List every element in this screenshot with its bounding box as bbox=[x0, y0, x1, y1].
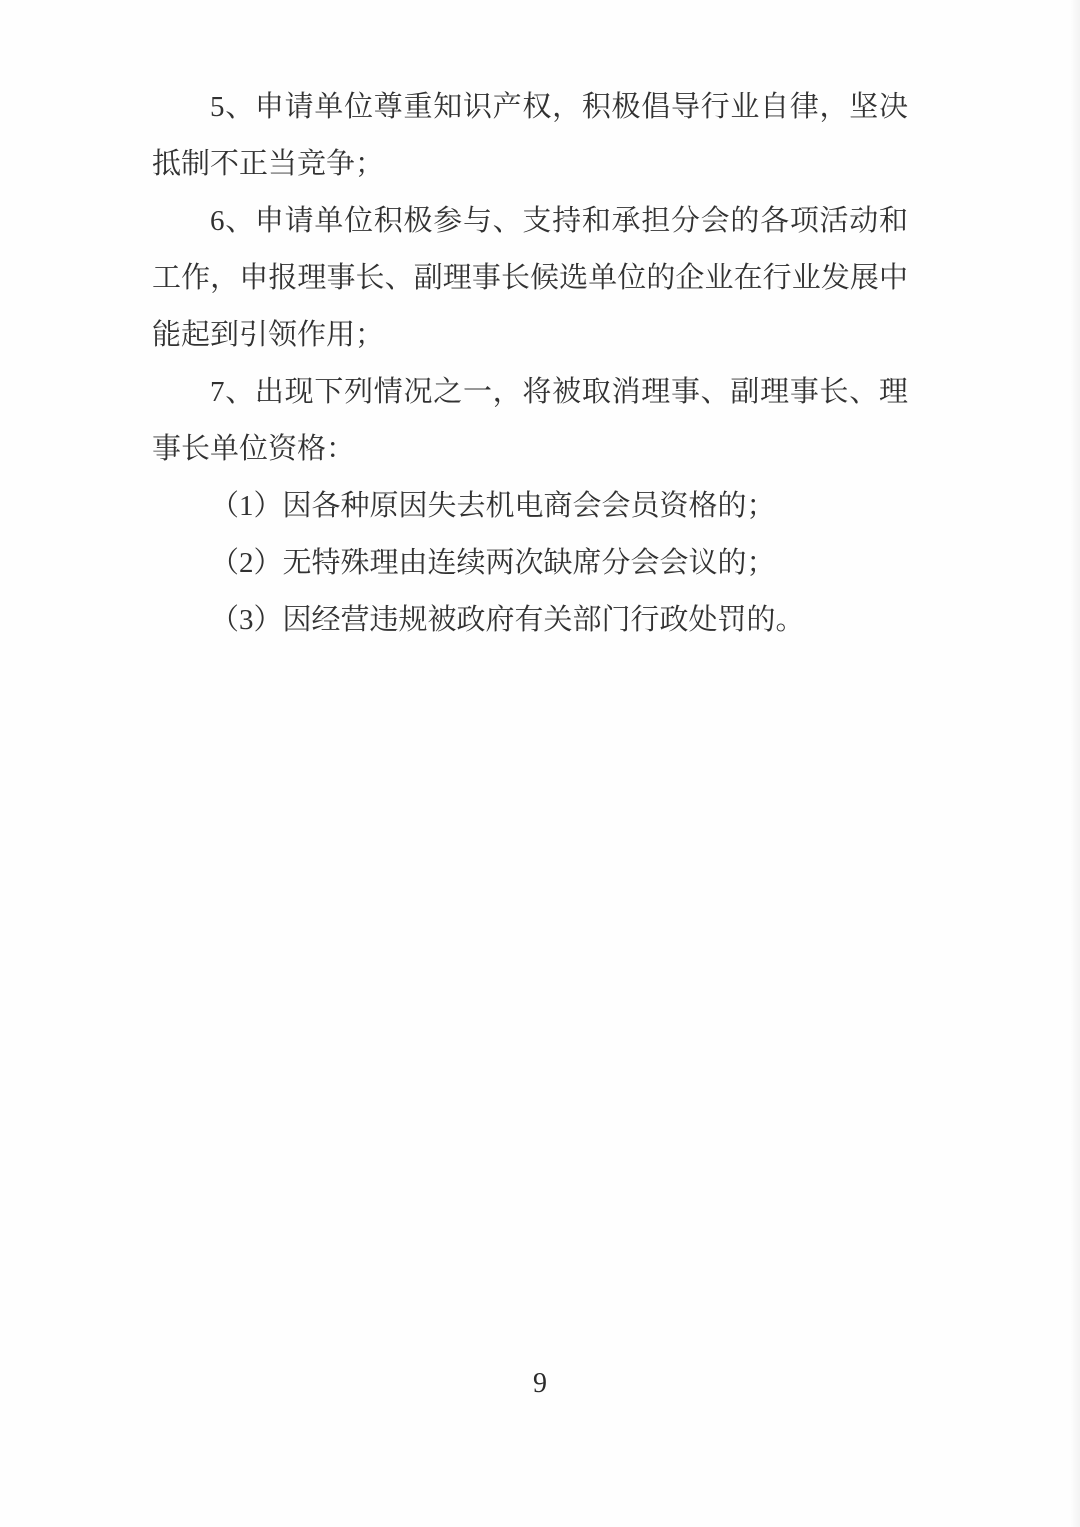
document-page: 5、申请单位尊重知识产权，积极倡导行业自律，坚决抵制不正当竞争； 6、申请单位积… bbox=[0, 0, 1080, 1527]
paragraph-clause-6: 6、申请单位积极参与、支持和承担分会的各项活动和工作，申报理事长、副理事长候选单… bbox=[152, 193, 908, 364]
paragraph-subitem-2: （2）无特殊理由连续两次缺席分会会议的； bbox=[152, 535, 908, 592]
paragraph-clause-5: 5、申请单位尊重知识产权，积极倡导行业自律，坚决抵制不正当竞争； bbox=[152, 79, 908, 193]
page-number: 9 bbox=[0, 1366, 1080, 1402]
document-body: 5、申请单位尊重知识产权，积极倡导行业自律，坚决抵制不正当竞争； 6、申请单位积… bbox=[152, 79, 908, 649]
paragraph-subitem-3: （3）因经营违规被政府有关部门行政处罚的。 bbox=[152, 592, 908, 649]
paragraph-subitem-1: （1）因各种原因失去机电商会会员资格的； bbox=[152, 478, 908, 535]
paragraph-clause-7: 7、出现下列情况之一，将被取消理事、副理事长、理事长单位资格： bbox=[152, 364, 908, 478]
